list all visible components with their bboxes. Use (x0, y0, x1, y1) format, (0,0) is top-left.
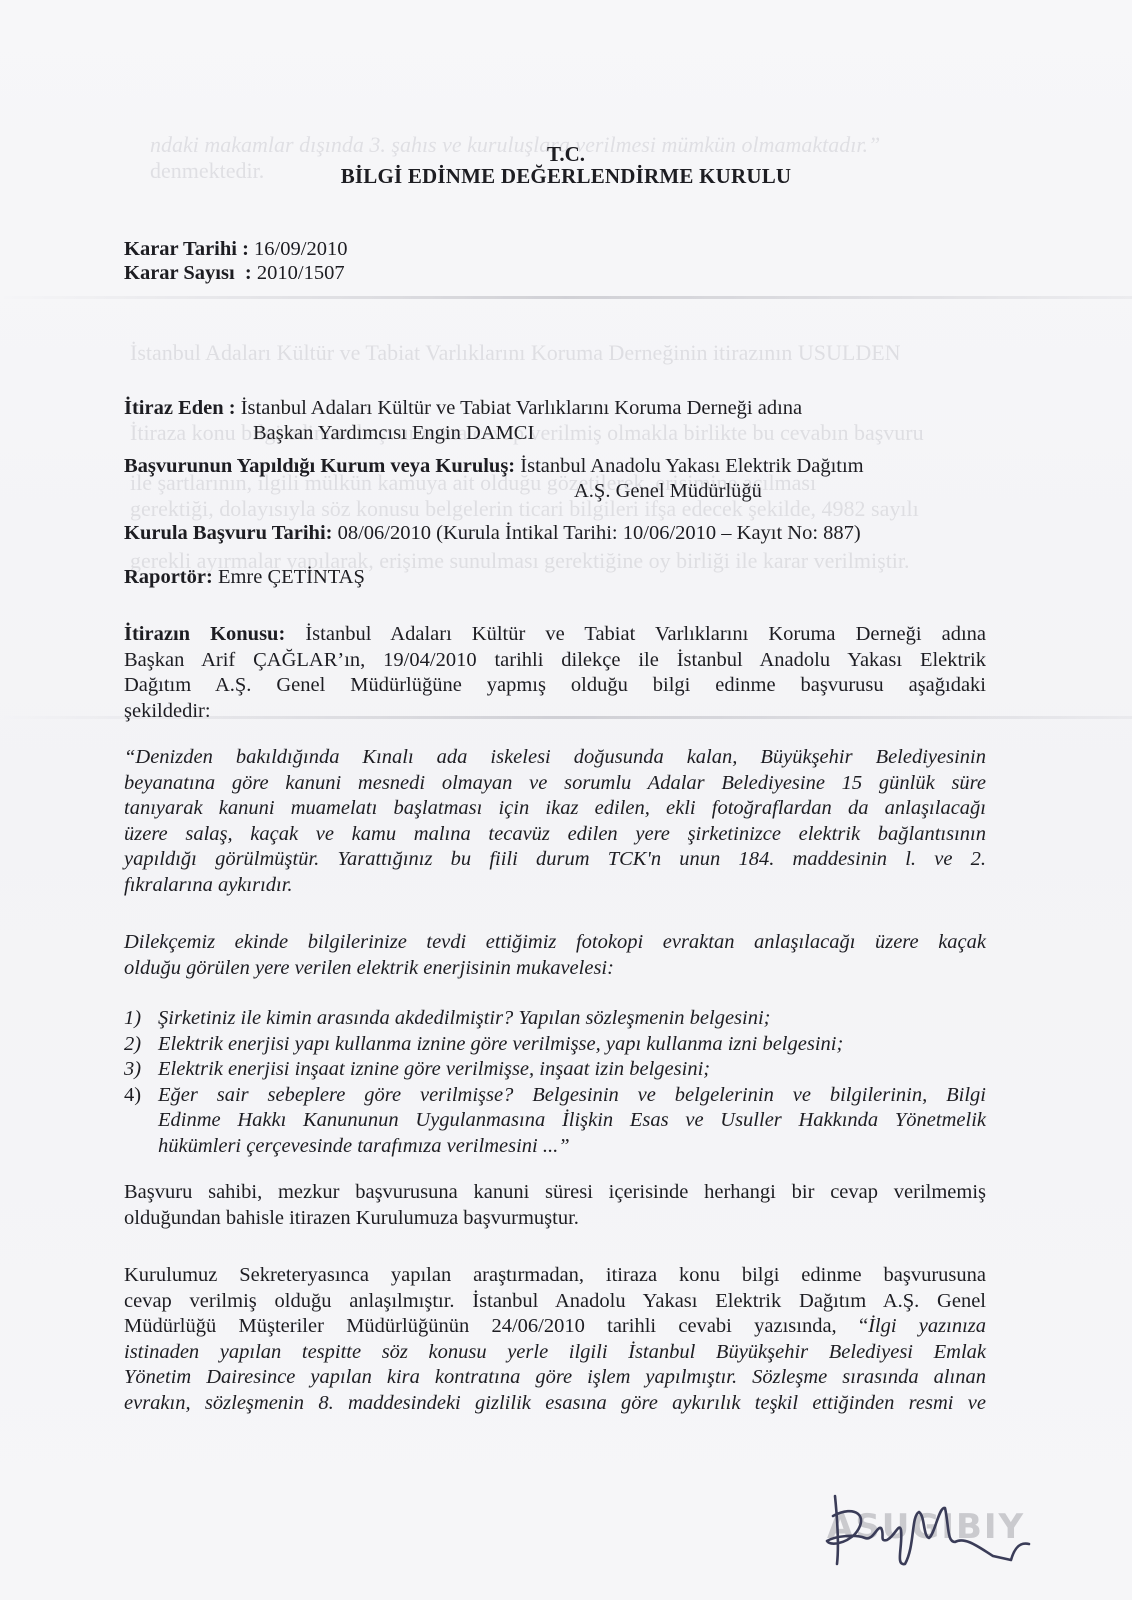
rapporteur-label: Raportör: (124, 566, 213, 588)
subject-line: İstanbul Adaları Kültür ve Tabiat Varlık… (305, 623, 986, 645)
list-item-number: 4) (124, 1083, 141, 1109)
signature: ASUGIBIY (815, 1486, 1045, 1586)
list-item: 3) Elektrik enerjisi inşaat iznine göre … (124, 1057, 986, 1083)
quote-line: fıkralarına aykırıdır. (124, 873, 986, 899)
subject-label: İtirazın Konusu: (124, 623, 285, 645)
subject-line: Dağıtım A.Ş. Genel Müdürlüğüne yapmış ol… (124, 673, 986, 699)
quote-line: “Denizden bakıldığında Kınalı ada iskele… (124, 745, 986, 771)
signature-icon: ASUGIBIY (815, 1486, 1045, 1586)
subject-line: şekildedir: (124, 699, 986, 725)
list-item-text: Şirketiniz ile kimin arasında akdedilmiş… (158, 1007, 771, 1029)
decision-number-value: 2010/1507 (257, 262, 345, 284)
quote-line: olduğu görülen yere verilen elektrik ene… (124, 956, 986, 982)
paragraph-line-normal: Müdürlüğü Müşteriler Müdürlüğünün 24/06/… (124, 1315, 868, 1337)
request-list: 1) Şirketiniz ile kimin arasında akdedil… (124, 1006, 986, 1159)
quote-line: tanıyarak kanuni muamelatı başlatması iç… (124, 796, 986, 822)
decision-number-label: Karar Sayısı : (124, 262, 252, 284)
decision-date: Karar Tarihi : 16/09/2010 (124, 236, 347, 262)
list-item-number: 1) (124, 1006, 141, 1032)
paragraph-line: Müdürlüğü Müşteriler Müdürlüğünün 24/06/… (124, 1314, 986, 1340)
list-item: 1) Şirketiniz ile kimin arasında akdedil… (124, 1006, 986, 1032)
objector-line1: İstanbul Adaları Kültür ve Tabiat Varlık… (241, 397, 802, 419)
applicant-paragraph: Başvuru sahibi, mezkur başvurusuna kanun… (124, 1180, 986, 1231)
decision-date-label: Karar Tarihi : (124, 238, 249, 260)
quote-line: yapıldığı görülmüştür. Yarattığınız bu f… (124, 847, 986, 873)
paragraph-line: Yönetim Dairesince yapılan kira kontratı… (124, 1365, 986, 1391)
rapporteur: Raportör: Emre ÇETİNTAŞ (124, 564, 365, 590)
quote-paragraph-1: “Denizden bakıldığında Kınalı ada iskele… (124, 745, 986, 898)
paragraph-line: istinaden yapılan tespitte söz konusu ye… (124, 1340, 986, 1366)
institution-line1: İstanbul Anadolu Yakası Elektrik Dağıtım (520, 455, 863, 477)
secretariat-paragraph: Kurulumuz Sekreteryasınca yapılan araştı… (124, 1263, 986, 1416)
list-item: 2) Elektrik enerjisi yapı kullanma iznin… (124, 1032, 986, 1058)
bleed-through-text: gerektiği, dolayısıyla söz konusu belgel… (130, 496, 919, 522)
rapporteur-value: Emre ÇETİNTAŞ (218, 566, 365, 588)
paragraph-line: evrakın, sözleşmenin 8. maddesindeki giz… (124, 1391, 986, 1417)
paragraph-line: Başvuru sahibi, mezkur başvurusuna kanun… (124, 1180, 986, 1206)
institution-label: Başvurunun Yapıldığı Kurum veya Kuruluş: (124, 455, 515, 477)
quote-line: beyanatına göre kanuni mesnedi olmayan v… (124, 771, 986, 797)
bleed-through-text: İstanbul Adaları Kültür ve Tabiat Varlık… (130, 340, 901, 366)
list-item-text: Eğer sair sebeplere göre verilmişse? Bel… (158, 1083, 986, 1109)
list-item-text: Edinme Hakkı Kanununun Uygulanmasına İli… (158, 1108, 986, 1134)
quote-line: üzere salaş, kaçak ve kamu malına tecavü… (124, 822, 986, 848)
paragraph-line-italic: İlgi yazınıza (868, 1315, 986, 1337)
objector-line2: Başkan Yardımcısı Engin DAMCI (253, 420, 534, 446)
subject-line: Başkan Arif ÇAĞLAR’ın, 19/04/2010 tarihl… (124, 648, 986, 674)
application-date-label: Kurula Başvuru Tarihi: (124, 522, 332, 544)
list-item-number: 2) (124, 1032, 141, 1058)
scan-fold-line (0, 296, 1132, 299)
paragraph-line: olduğundan bahisle itirazen Kurulumuza b… (124, 1206, 986, 1232)
quote-line: Dilekçemiz ekinde bilgilerinize tevdi et… (124, 930, 986, 956)
list-item-text: hükümleri çerçevesinde tarafımıza verilm… (158, 1134, 986, 1160)
institution: Başvurunun Yapıldığı Kurum veya Kuruluş:… (124, 453, 864, 479)
list-item: 4) Eğer sair sebeplere göre verilmişse? … (124, 1083, 986, 1160)
application-date-value: 08/06/2010 (Kurula İntikal Tarihi: 10/06… (338, 522, 861, 544)
objector-label: İtiraz Eden : (124, 397, 236, 419)
objector: İtiraz Eden : İstanbul Adaları Kültür ve… (124, 395, 802, 421)
list-item-number: 3) (124, 1057, 141, 1083)
list-item-text: Elektrik enerjisi yapı kullanma iznine g… (158, 1033, 843, 1055)
application-date: Kurula Başvuru Tarihi: 08/06/2010 (Kurul… (124, 520, 861, 546)
paragraph-line: Kurulumuz Sekreteryasınca yapılan araştı… (124, 1263, 986, 1289)
institution-line2: A.Ş. Genel Müdürlüğü (574, 478, 762, 504)
quote-paragraph-2: Dilekçemiz ekinde bilgilerinize tevdi et… (124, 930, 986, 981)
subject-paragraph: İtirazın Konusu: İstanbul Adaları Kültür… (124, 622, 986, 724)
decision-date-value: 16/09/2010 (254, 238, 347, 260)
decision-number: Karar Sayısı : 2010/1507 (124, 260, 345, 286)
document-page: ndaki makamlar dışında 3. şahıs ve kurul… (0, 0, 1132, 1600)
paragraph-line: cevap verilmiş olduğu anlaşılmıştır. İst… (124, 1289, 986, 1315)
list-item-text: Elektrik enerjisi inşaat iznine göre ver… (158, 1058, 710, 1080)
page-title: BİLGİ EDİNME DEĞERLENDİRME KURULU (0, 164, 1132, 189)
